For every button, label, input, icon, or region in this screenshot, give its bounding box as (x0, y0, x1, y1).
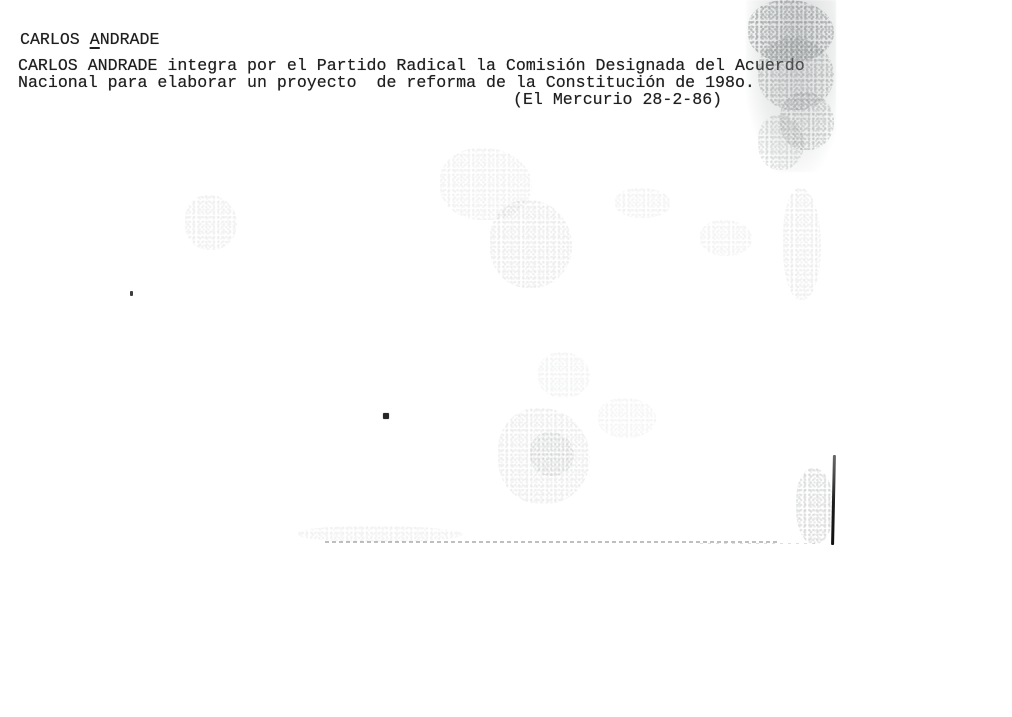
document-citation: (El Mercurio 28-2-86) (513, 91, 722, 108)
title-underlined-letter: A (90, 30, 100, 49)
ink-speck (130, 291, 133, 296)
title-suffix: NDRADE (100, 30, 160, 49)
scan-smudge-topright-tail (758, 115, 804, 170)
scan-smudge-wedge (796, 468, 834, 544)
scanned-document-page: CARLOS ANDRADE CARLOS ANDRADE integra po… (0, 0, 1012, 717)
scan-scratch-vertical-line (831, 455, 835, 545)
scan-smudge-lower (598, 398, 656, 438)
scan-smudge-center (615, 188, 671, 218)
ink-speck (383, 413, 389, 419)
scan-smudge-center (538, 352, 590, 398)
document-body: CARLOS ANDRADE integra por el Partido Ra… (18, 57, 805, 91)
scan-smudge-bottom-band (298, 526, 463, 542)
scan-smudge-center (490, 200, 572, 288)
scan-dotted-horizontal-line-faint (700, 543, 820, 544)
title-prefix: CARLOS (20, 30, 90, 49)
document-title: CARLOS ANDRADE (20, 31, 159, 48)
scan-smudge-lower-core (530, 432, 574, 476)
scan-smudge-left (185, 195, 237, 250)
scan-smudge-center (700, 220, 752, 256)
scan-smudge-right-mid (783, 188, 821, 300)
